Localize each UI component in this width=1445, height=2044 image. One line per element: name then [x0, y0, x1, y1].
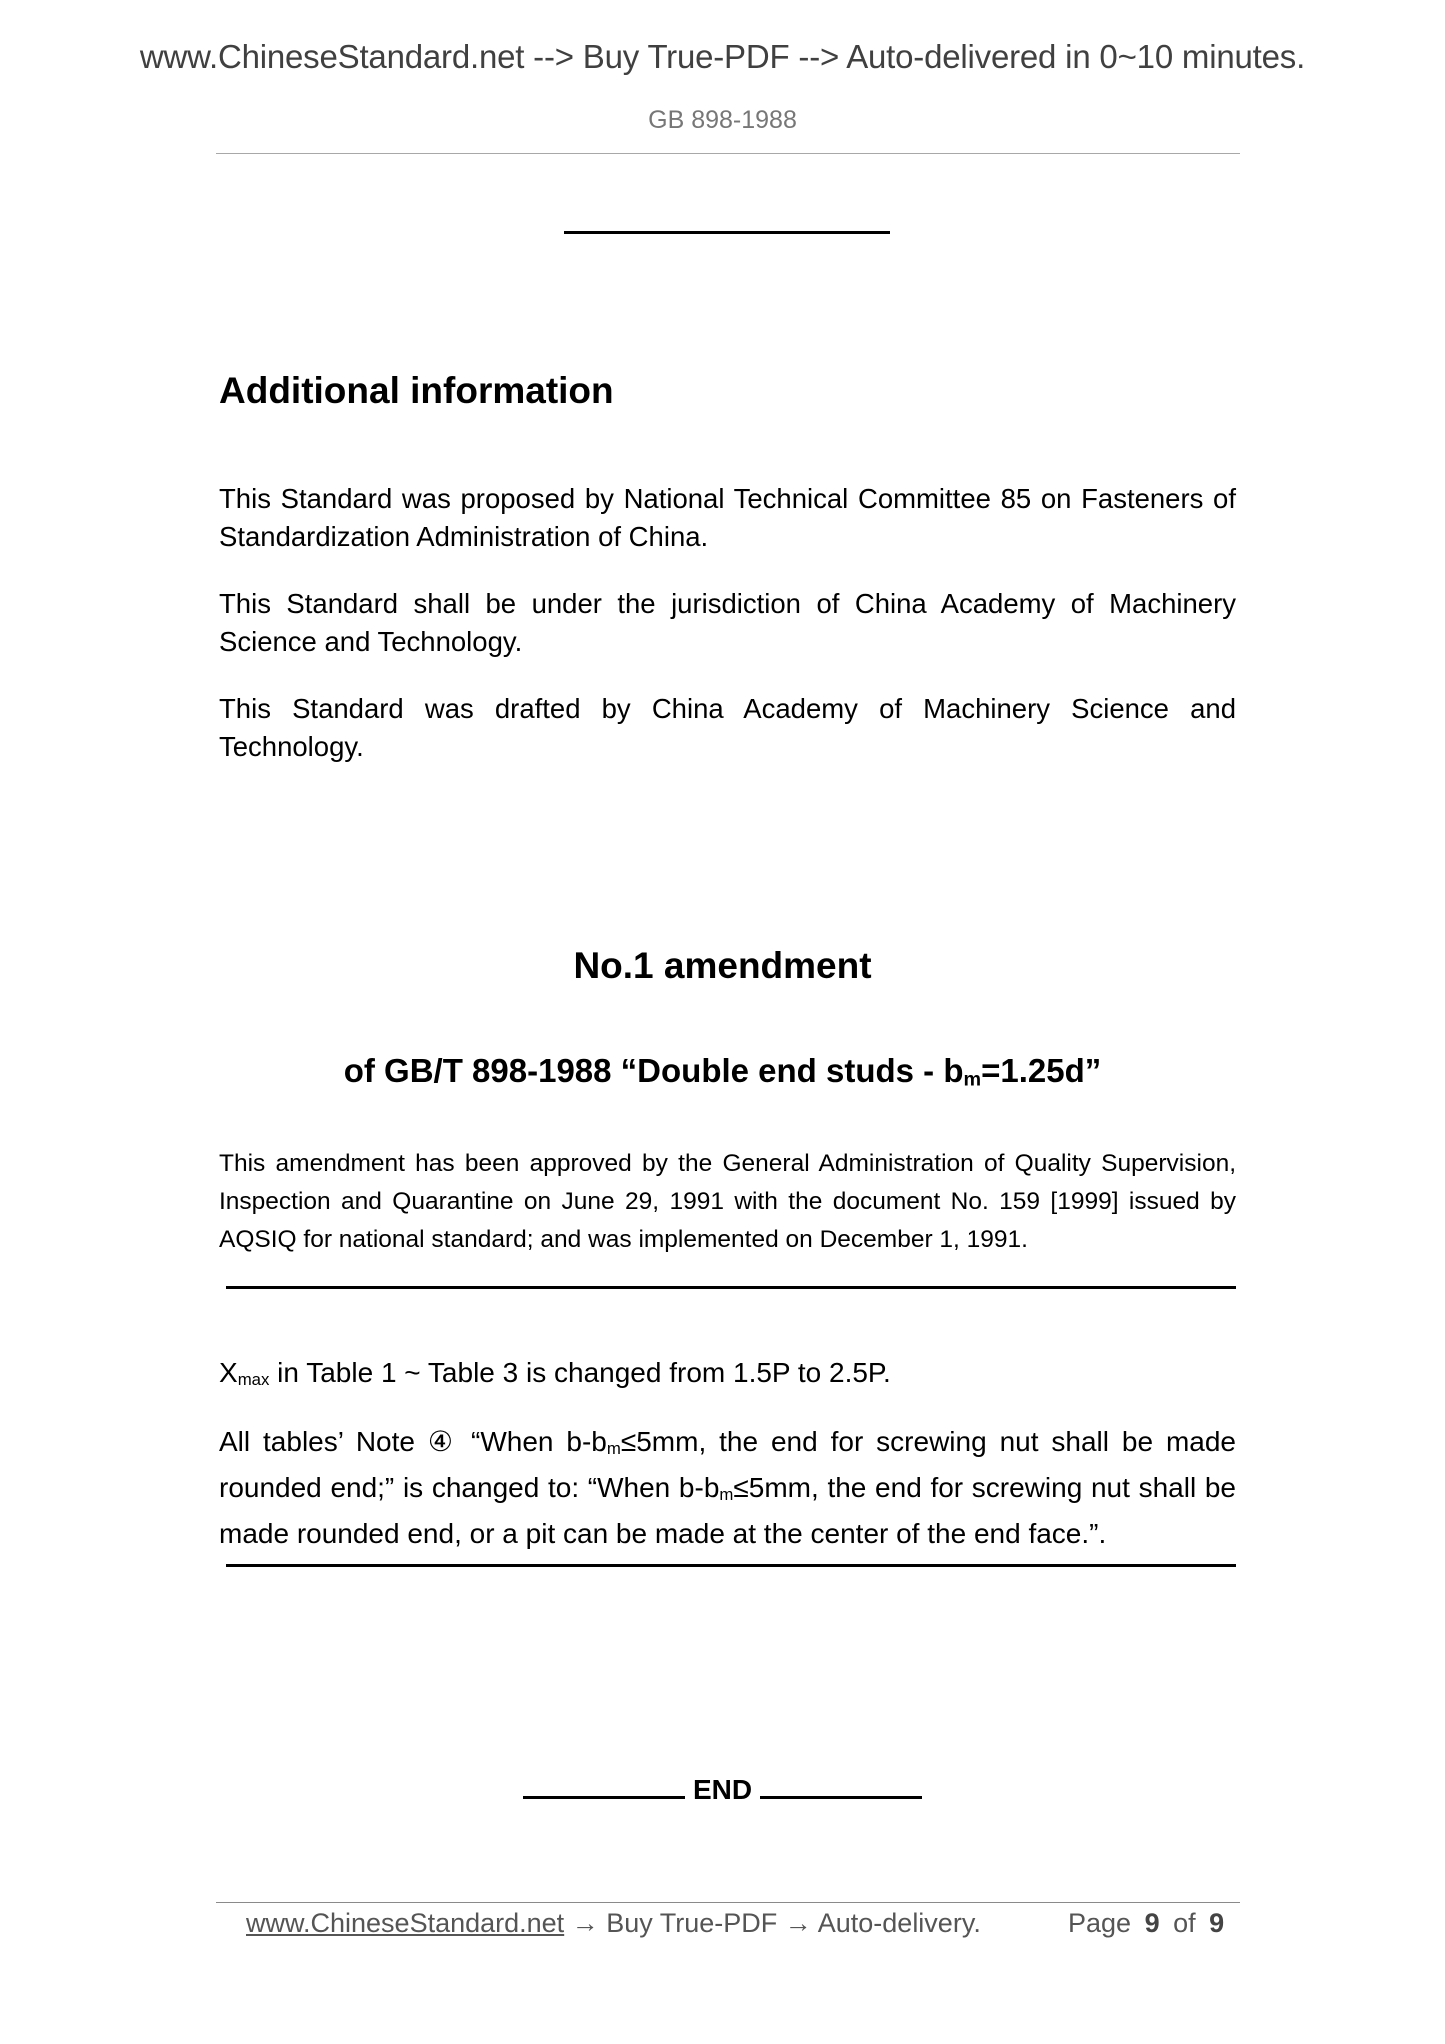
section-end-rule	[564, 231, 890, 234]
amendment-change-note: All tables’ Note ④ “When b-bm≤5mm, the e…	[219, 1422, 1236, 1553]
note-sub-2: m	[719, 1485, 733, 1504]
top-banner: www.ChineseStandard.net --> Buy True-PDF…	[0, 38, 1445, 76]
footer-promo: www.ChineseStandard.net → Buy True-PDF →…	[246, 1908, 981, 1939]
end-label: END	[693, 1774, 752, 1805]
amendment-divider-bottom	[226, 1564, 1236, 1567]
xmax-var: X	[219, 1357, 238, 1388]
page-of-label: of	[1173, 1908, 1196, 1938]
end-marker: END	[0, 1770, 1445, 1806]
xmax-text: in Table 1 ~ Table 3 is changed from 1.5…	[269, 1357, 890, 1388]
page-current: 9	[1145, 1908, 1160, 1938]
page-label: Page	[1068, 1908, 1131, 1938]
end-blank-left	[523, 1770, 685, 1799]
xmax-subscript: max	[238, 1370, 270, 1389]
end-blank-right	[760, 1770, 922, 1799]
footer-site-link[interactable]: www.ChineseStandard.net	[246, 1908, 564, 1938]
amendment-subtitle: of GB/T 898-1988 “Double end studs - bm=…	[0, 1052, 1445, 1092]
additional-info-heading: Additional information	[219, 370, 614, 412]
additional-info-paragraph: This Standard shall be under the jurisdi…	[219, 585, 1236, 661]
document-code: GB 898-1988	[0, 106, 1445, 135]
amendment-divider-top	[226, 1286, 1236, 1289]
note-part-1: All tables’ Note ④ “When b-b	[219, 1426, 607, 1457]
additional-info-paragraph: This Standard was drafted by China Acade…	[219, 690, 1236, 766]
footer-promo-text: → Buy True-PDF → Auto-delivery.	[564, 1908, 981, 1938]
header-divider	[216, 153, 1240, 154]
subtitle-subscript: m	[964, 1069, 982, 1091]
note-sub-1: m	[607, 1439, 621, 1458]
subtitle-prefix: of GB/T 898-1988 “Double end studs - b	[344, 1052, 964, 1089]
additional-info-paragraph: This Standard was proposed by National T…	[219, 480, 1236, 556]
amendment-approval-text: This amendment has been approved by the …	[219, 1145, 1236, 1259]
amendment-change-xmax: Xmax in Table 1 ~ Table 3 is changed fro…	[219, 1357, 891, 1390]
page-total: 9	[1209, 1908, 1224, 1938]
page-indicator: Page 9 of 9	[1068, 1908, 1224, 1939]
amendment-title: No.1 amendment	[0, 945, 1445, 987]
footer-divider	[216, 1902, 1240, 1903]
subtitle-suffix: =1.25d”	[981, 1052, 1101, 1089]
